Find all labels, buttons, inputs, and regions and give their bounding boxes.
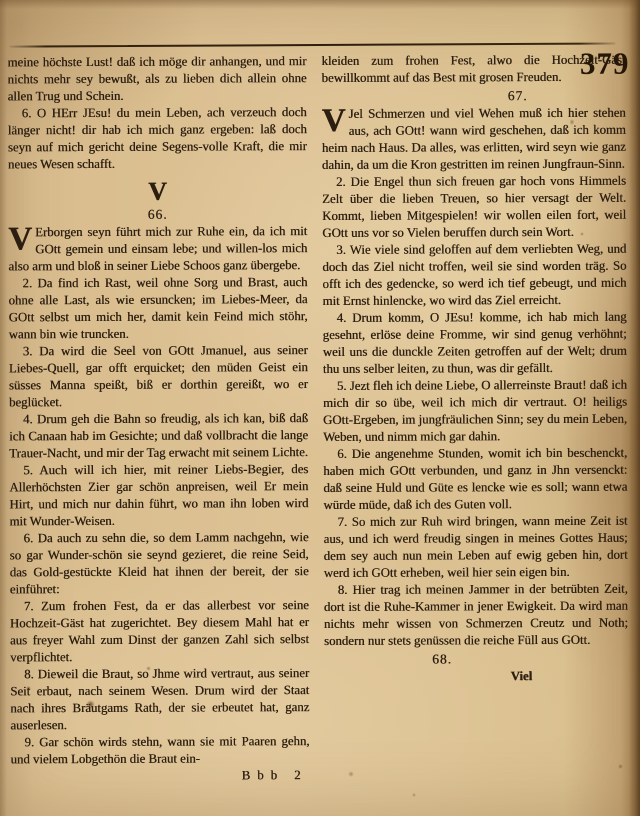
verse-paragraph: 5. Jezt fleh ich deine Liebe, O allerrei… (323, 377, 627, 446)
page-edge-shadow-right (629, 0, 640, 816)
verse-paragraph: 4. Drum geh die Bahn so freudig, als ich… (9, 410, 308, 462)
verse-paragraph: 7. Zum frohen Fest, da er das allerbest … (10, 597, 309, 666)
stain-speck (26, 686, 31, 691)
page-edge-shadow-left (0, 0, 7, 816)
page-number: 379 (580, 46, 630, 82)
hymn-67-opening-paragraph: VJel Schmerzen und viel Wehen muß ich hi… (322, 105, 626, 174)
page-edge-shadow-top (0, 0, 640, 9)
book-page-scan: 379 meine höchste Lust! daß ich möge dir… (0, 0, 640, 816)
hymn-66-opening-paragraph: VErborgen seyn führt mich zur Ruhe ein, … (8, 223, 307, 275)
right-column: kleiden zum frohen Fest, alwo die Hochze… (321, 52, 628, 784)
verse-paragraph: 7. So mich zur Ruh wird bringen, wann me… (323, 513, 627, 582)
drop-cap-initial: V (8, 224, 35, 254)
stain-speck (570, 118, 574, 126)
verse-paragraph: 3. Da wird die Seel von GOtt Jmanuel, au… (9, 342, 308, 411)
verse-paragraph: 8. Dieweil die Braut, so Jhme wird vertr… (10, 665, 309, 734)
hymn-number-68: 68. (324, 650, 628, 668)
verse-paragraph: 8. Hier trag ich meinen Jammer in der be… (324, 581, 628, 650)
hymn-67-opening-text: Jel Schmerzen und viel Wehen muß ich hie… (322, 106, 626, 172)
verse-paragraph: 5. Auch will ich hier, mit reiner Liebs-… (9, 461, 308, 530)
verse-paragraph: 6. Die angenehme Stunden, womit ich bin … (323, 445, 627, 514)
stain-speck (146, 666, 151, 671)
verse-paragraph: 3. Wie viele sind geloffen auf dem verli… (322, 241, 626, 310)
stain-speck (412, 793, 416, 797)
stain-speck (86, 700, 95, 709)
signature-mark: Bbb 2 (11, 767, 310, 785)
verse-paragraph: 6. O HErr JEsu! du mein Leben, ach verze… (8, 104, 307, 173)
drop-cap-initial: V (322, 106, 349, 136)
verse-paragraph: 4. Drum komm, O JEsu! komme, ich hab mic… (323, 309, 627, 378)
verse-paragraph: 9. Gar schön wirds stehn, wann sie mit P… (10, 733, 309, 768)
verse-paragraph: 2. Da find ich Rast, weil ohne Sorg und … (8, 274, 307, 343)
section-letter: V (8, 177, 307, 205)
stain-speck (348, 771, 354, 777)
verse-paragraph: 6. Da auch zu sehn die, so dem Lamm nach… (10, 529, 309, 598)
header-rule (9, 42, 615, 47)
hymn-66-opening-text: Erborgen seyn führt mich zur Ruhe ein, d… (8, 224, 307, 273)
hymn-number-67: 67. (322, 87, 626, 105)
page-content: 379 meine höchste Lust! daß ich möge dir… (7, 43, 628, 786)
stain-speck (618, 764, 623, 769)
continuation-paragraph: meine höchste Lust! daß ich möge dir anh… (7, 53, 306, 105)
catchword: Viel (324, 668, 628, 686)
left-column: meine höchste Lust! daß ich möge dir anh… (7, 53, 309, 785)
text-columns: meine höchste Lust! daß ich möge dir anh… (7, 48, 628, 786)
hymn-number-66: 66. (8, 205, 307, 223)
stain-speck (580, 232, 584, 236)
